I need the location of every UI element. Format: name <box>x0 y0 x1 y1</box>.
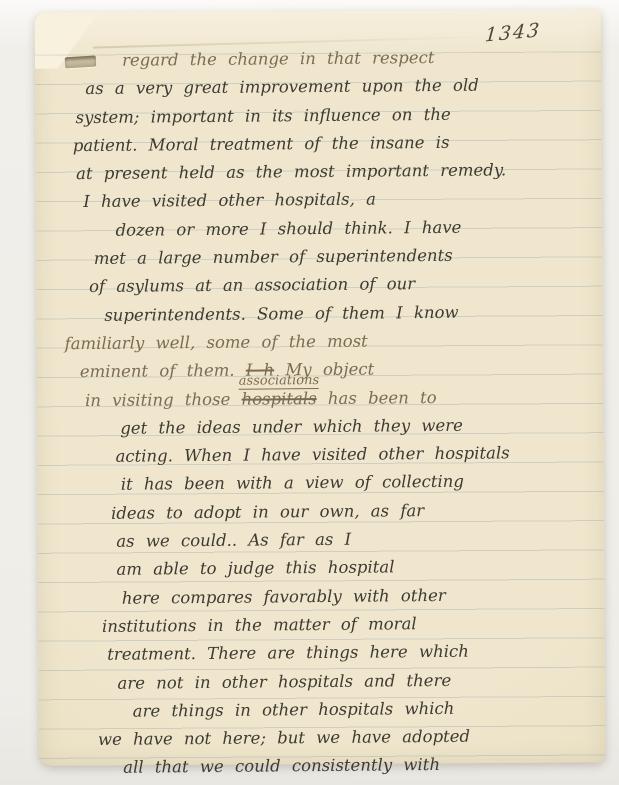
text-run: eminent of them. <box>80 361 246 381</box>
text-run: system; important in its influence on th… <box>75 104 450 126</box>
correction: associationshospitals <box>241 385 316 414</box>
text-run: regard the change in that respect <box>122 48 435 70</box>
text-run: patient. Moral treatment of the insane i… <box>73 133 450 155</box>
manuscript-page: 1343 regard the change in that respectas… <box>35 9 606 765</box>
handwritten-line: all that we could consistently with <box>40 750 606 783</box>
text-run: acting. When I have visited other hospit… <box>115 444 509 466</box>
text-run: it has been with a view of collecting <box>121 472 464 494</box>
text-run: as we could.. As far as I <box>116 530 351 551</box>
text-run: are not in other hospitals and there <box>117 670 451 692</box>
text-run: in visiting those <box>85 389 242 409</box>
text-run: dozen or more I should think. I have <box>115 218 461 240</box>
text-run: I have visited other hospitals, a <box>83 190 376 212</box>
text-run: all that we could consistently with <box>123 755 440 777</box>
struck-text: hospitals <box>241 389 316 409</box>
text-run: at present held as the most important re… <box>76 161 506 184</box>
text-run: treatment. There are things here which <box>107 642 469 664</box>
handwriting-block: regard the change in that respectas a ve… <box>34 43 606 784</box>
text-run: are things in other hospitals which <box>133 699 455 721</box>
text-run: am able to judge this hospital <box>116 558 394 579</box>
text-run: of asylums at an association of our <box>89 275 415 297</box>
text-run: get the ideas under which they were <box>120 416 463 438</box>
text-run: we have not here; but we have adopted <box>98 727 470 749</box>
text-run: superintendents. Some of them I know <box>104 302 458 324</box>
text-run: as a very great improvement upon the old <box>85 76 479 98</box>
text-run: met a large number of superintendents <box>94 246 453 268</box>
inserted-word: associations <box>239 374 320 390</box>
text-run: here compares favorably with other <box>122 586 446 608</box>
text-run: familiarly well, some of the most <box>64 332 367 354</box>
text-run: ideas to adopt in our own, as far <box>111 501 424 523</box>
text-run: institutions in the matter of moral <box>102 614 417 636</box>
text-run: has been to <box>317 388 437 408</box>
